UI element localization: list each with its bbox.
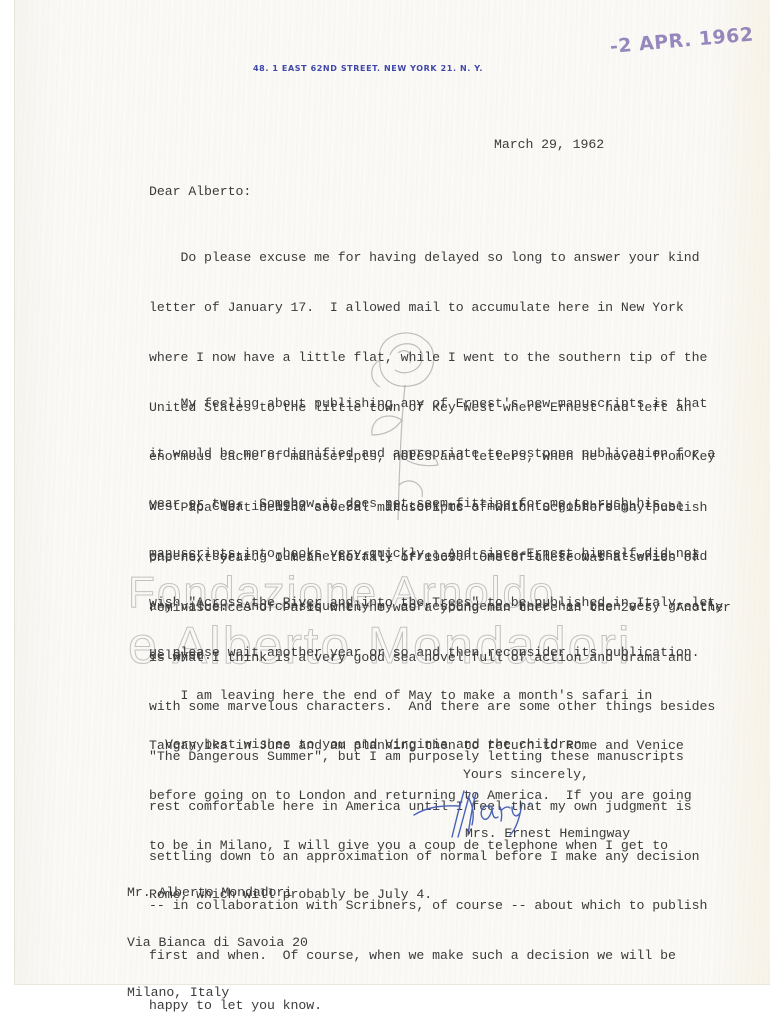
paragraph-line: one next year. I mean the fall of 1963. … (149, 550, 731, 567)
paragraph-line: letter of January 17. I allowed mail to … (149, 300, 723, 317)
paragraph-line: it would be more dignified and appropria… (149, 446, 715, 463)
paragraph-line: I am leaving here the end of May to make… (149, 688, 692, 705)
address-line: Via Bianca di Savoia 20 (127, 935, 308, 952)
paragraph-line: Do please excuse me for having delayed s… (149, 250, 723, 267)
letter-date: March 29, 1962 (494, 137, 604, 154)
paragraph-line: My feeling about publishing any of Ernes… (149, 396, 715, 413)
signature-typed-name: Mrs. Ernest Hemingway (465, 826, 630, 843)
closing-wishes: Very best wishes to you and Virginia and… (165, 737, 590, 754)
complimentary-close: Yours sincerely, (463, 767, 589, 784)
address-line: Milano, Italy (127, 985, 308, 1002)
paragraph-line: reminiscences of Paris when he was a you… (149, 600, 731, 617)
recipient-address: Mr. Alberto Mondadori Via Bianca di Savo… (127, 852, 308, 1006)
letterhead-address: 48. 1 EAST 62ND STREET. NEW YORK 21. N. … (253, 64, 483, 73)
paragraph-line: Papa left behind several manuscripts of … (149, 500, 731, 517)
address-line: Mr. Alberto Mondadori (127, 885, 308, 902)
salutation: Dear Alberto: (149, 184, 251, 201)
